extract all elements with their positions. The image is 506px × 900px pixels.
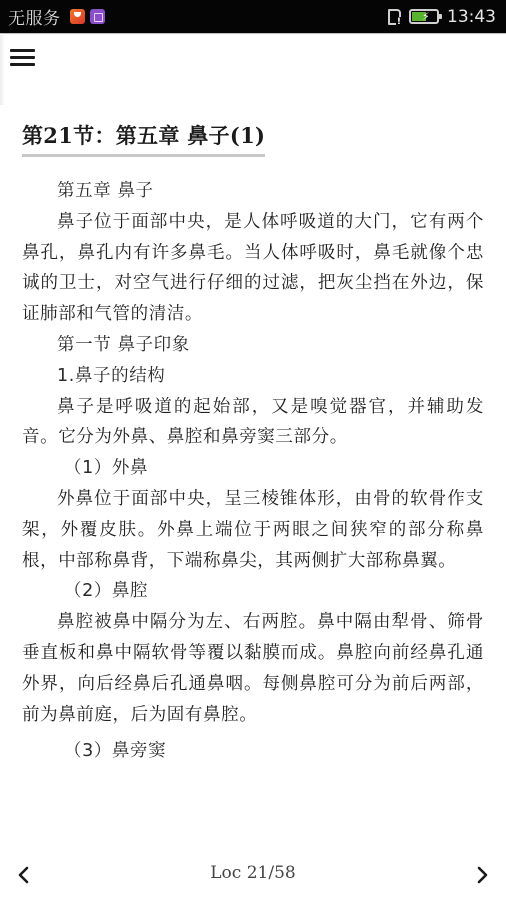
subsection-heading: （3）鼻旁窦	[22, 736, 484, 767]
sim-alert-icon	[388, 9, 401, 25]
status-bar: 无服务 ⚡ 13:43	[0, 0, 506, 34]
charging-bolt-icon: ⚡	[422, 10, 430, 23]
subsection-heading: （1）外鼻	[22, 453, 484, 484]
status-right: ⚡ 13:43	[388, 7, 496, 27]
reader-content: 第五章 鼻子 鼻子位于面部中央，是人体呼吸道的大门，它有两个鼻孔，鼻孔内有许多鼻…	[22, 176, 484, 767]
paragraph: 外鼻位于面部中央，呈三棱锥体形，由骨的软骨作支架，外覆皮肤。外鼻上端位于两眼之间…	[22, 484, 484, 576]
subsection-heading: （2）鼻腔	[22, 576, 484, 607]
menu-bar-line	[10, 63, 35, 66]
hamburger-menu-icon[interactable]	[10, 48, 36, 68]
chapter-title: 第21节：第五章 鼻子(1)	[22, 120, 265, 157]
drawer-edge[interactable]	[0, 35, 5, 105]
reader-footer: Loc 21/58	[0, 855, 506, 895]
app-notification-icon	[70, 9, 85, 24]
chapter-heading: 第五章 鼻子	[22, 176, 484, 207]
menu-bar-line	[10, 49, 35, 52]
status-left: 无服务	[8, 4, 105, 29]
battery-charging-icon: ⚡	[409, 9, 439, 24]
app-notification-icon-2	[90, 9, 105, 24]
section-heading: 第一节 鼻子印象	[22, 330, 484, 361]
chevron-right-icon[interactable]	[470, 861, 494, 889]
carrier-label: 无服务	[8, 4, 61, 29]
menu-bar-line	[10, 56, 35, 59]
paragraph: 鼻腔被鼻中隔分为左、右两腔。鼻中隔由犁骨、筛骨垂直板和鼻中隔软骨等覆以黏膜而成。…	[22, 607, 484, 730]
clock: 13:43	[447, 7, 496, 27]
paragraph: 鼻子是呼吸道的起始部，又是嗅觉器官，并辅助发音。它分为外鼻、鼻腔和鼻旁窦三部分。	[22, 392, 484, 454]
paragraph: 鼻子位于面部中央，是人体呼吸道的大门，它有两个鼻孔，鼻孔内有许多鼻毛。当人体呼吸…	[22, 207, 484, 330]
location-indicator: Loc 21/58	[0, 863, 506, 883]
subsection-heading: 1.鼻子的结构	[22, 361, 484, 392]
